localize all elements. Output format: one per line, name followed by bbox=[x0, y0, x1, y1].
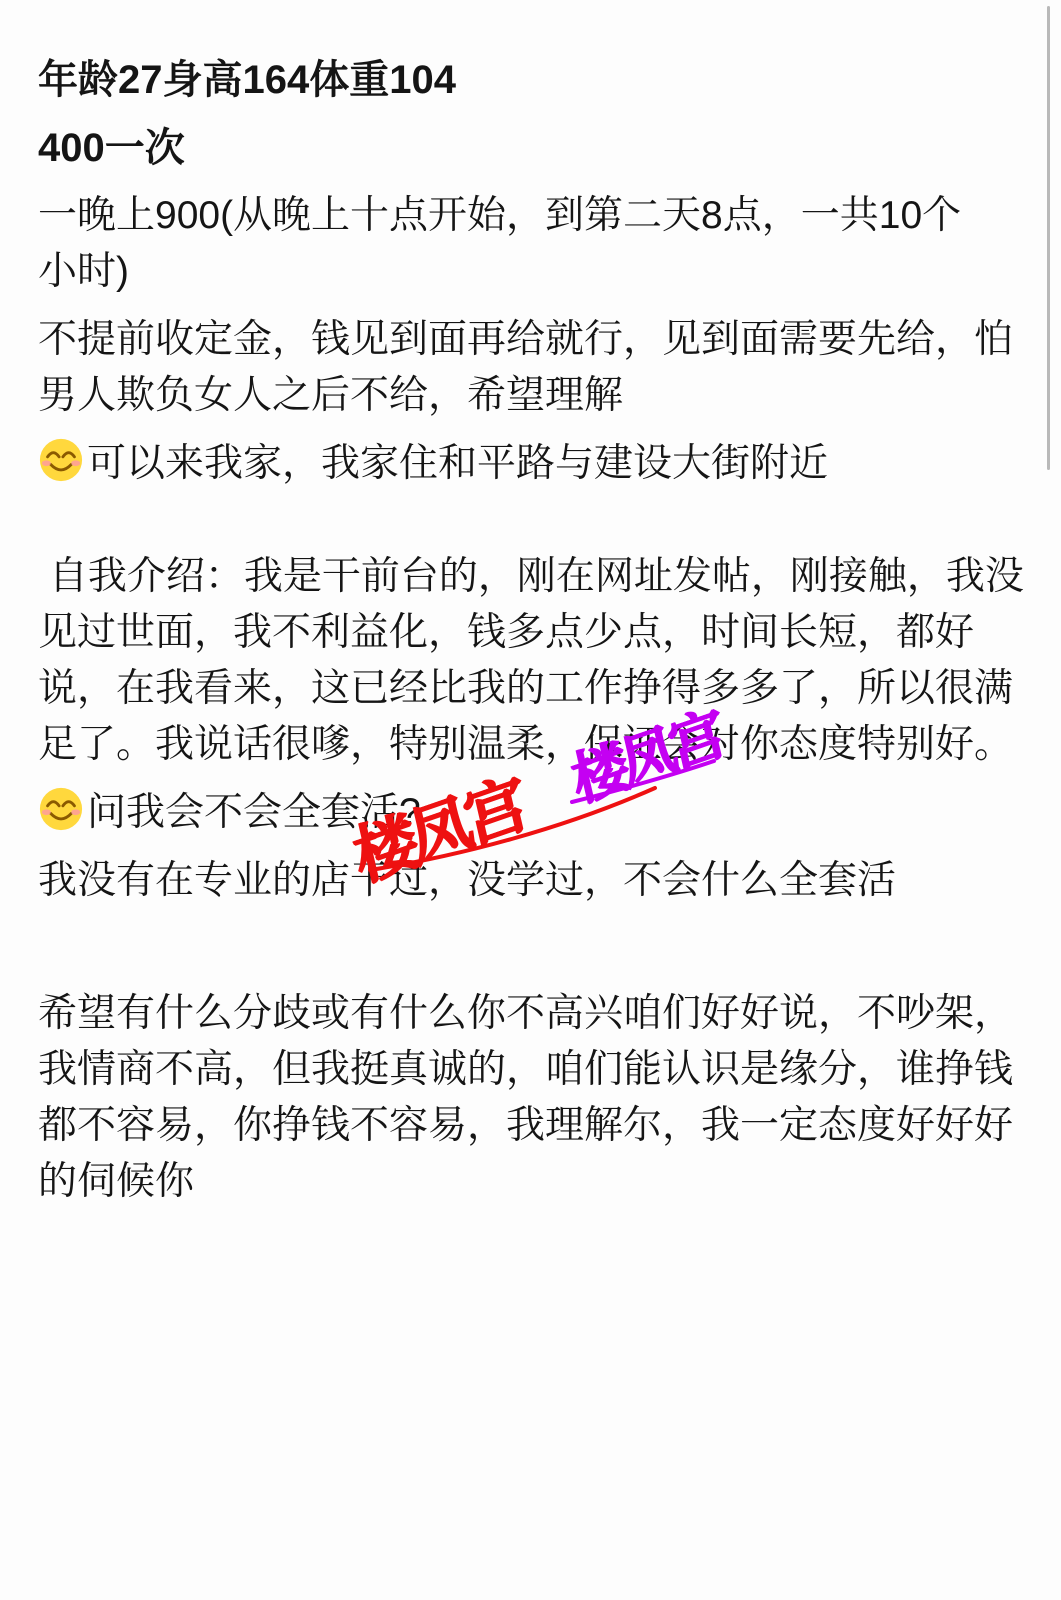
text-line-content: 足了。我说话很嗲，特别温柔，保证会对你态度特别好。 bbox=[38, 723, 1013, 766]
paragraph: 可以来我家，我家住和平路与建设大街附近 bbox=[38, 436, 1048, 492]
paragraph: 我没有在专业的店干过，没学过，不会什么全套活 bbox=[38, 853, 1048, 909]
text-line: 足了。我说话很嗲，特别温柔，保证会对你态度特别好。 bbox=[38, 717, 1048, 773]
paragraph: 自我介绍：我是干前台的，刚在网址发帖，刚接触，我没见过世面，我不利益化，钱多点少… bbox=[38, 549, 1048, 773]
paragraph: 一晚上900(从晚上十点开始，到第二天8点，一共10个小时) bbox=[38, 188, 1048, 300]
text-line: 不提前收定金，钱见到面再给就行，见到面需要先给，怕 bbox=[38, 312, 1048, 368]
text-line: 男人欺负女人之后不给，希望理解 bbox=[38, 368, 1048, 424]
text-line-content: 希望有什么分歧或有什么你不高兴咱们好好说，不吵架， bbox=[38, 992, 1013, 1035]
text-line: 希望有什么分歧或有什么你不高兴咱们好好说，不吵架， bbox=[38, 986, 1048, 1042]
text-line-content: 我情商不高，但我挺真诚的，咱们能认识是缘分，谁挣钱 bbox=[38, 1048, 1013, 1091]
text-line: 年龄27身高164体重104 bbox=[38, 52, 1048, 108]
smiling-face-emoji-icon bbox=[38, 437, 84, 483]
text-line: 我没有在专业的店干过，没学过，不会什么全套活 bbox=[38, 853, 1048, 909]
text-line: 一晚上900(从晚上十点开始，到第二天8点，一共10个 bbox=[38, 188, 1048, 244]
post-text: 年龄27身高164体重104400一次一晚上900(从晚上十点开始，到第二天8点… bbox=[38, 52, 1048, 1222]
text-line: 小时) bbox=[38, 244, 1048, 300]
smiling-face-emoji-icon bbox=[38, 786, 84, 832]
text-line-content: 都不容易，你挣钱不容易，我理解尔，我一定态度好好好 bbox=[38, 1104, 1013, 1147]
text-line-content: 我没有在专业的店干过，没学过，不会什么全套活 bbox=[38, 859, 896, 902]
paragraph: 400一次 bbox=[38, 120, 1048, 176]
paragraph: 年龄27身高164体重104 bbox=[38, 52, 1048, 108]
text-line: 可以来我家，我家住和平路与建设大街附近 bbox=[38, 436, 1048, 492]
text-line: 见过世面，我不利益化，钱多点少点，时间长短，都好 bbox=[38, 605, 1048, 661]
paragraph: 不提前收定金，钱见到面再给就行，见到面需要先给，怕男人欺负女人之后不给，希望理解 bbox=[38, 312, 1048, 424]
paragraph: 希望有什么分歧或有什么你不高兴咱们好好说，不吵架，我情商不高，但我挺真诚的，咱们… bbox=[38, 986, 1048, 1210]
text-line-content: 的伺候你 bbox=[38, 1160, 194, 1203]
text-line-content: 一晚上900(从晚上十点开始，到第二天8点，一共10个 bbox=[38, 194, 961, 237]
text-line: 说，在我看来，这已经比我的工作挣得多多了，所以很满 bbox=[38, 661, 1048, 717]
text-line-content: 小时) bbox=[38, 250, 129, 293]
text-line: 我情商不高，但我挺真诚的，咱们能认识是缘分，谁挣钱 bbox=[38, 1042, 1048, 1098]
text-line-content: 不提前收定金，钱见到面再给就行，见到面需要先给，怕 bbox=[38, 318, 1013, 361]
paragraph: 问我会不会全套活? bbox=[38, 785, 1048, 841]
paragraph-gap bbox=[38, 504, 1048, 549]
text-line: 400一次 bbox=[38, 120, 1048, 176]
text-line: 问我会不会全套活? bbox=[38, 785, 1048, 841]
text-line: 都不容易，你挣钱不容易，我理解尔，我一定态度好好好 bbox=[38, 1098, 1048, 1154]
scrollbar-thumb[interactable] bbox=[1047, 6, 1050, 470]
text-line: 的伺候你 bbox=[38, 1154, 1048, 1210]
text-line: 自我介绍：我是干前台的，刚在网址发帖，刚接触，我没 bbox=[38, 549, 1048, 605]
text-line-content: 自我介绍：我是干前台的，刚在网址发帖，刚接触，我没 bbox=[38, 555, 1024, 598]
text-line-content: 问我会不会全套活? bbox=[87, 791, 421, 834]
text-line-content: 400一次 bbox=[38, 126, 185, 170]
text-line-content: 见过世面，我不利益化，钱多点少点，时间长短，都好 bbox=[38, 611, 974, 654]
text-line-content: 年龄27身高164体重104 bbox=[38, 58, 456, 102]
paragraph-gap bbox=[38, 921, 1048, 986]
text-line-content: 说，在我看来，这已经比我的工作挣得多多了，所以很满 bbox=[38, 667, 1013, 710]
text-line-content: 可以来我家，我家住和平路与建设大街附近 bbox=[87, 442, 828, 485]
text-line-content: 男人欺负女人之后不给，希望理解 bbox=[38, 374, 623, 417]
